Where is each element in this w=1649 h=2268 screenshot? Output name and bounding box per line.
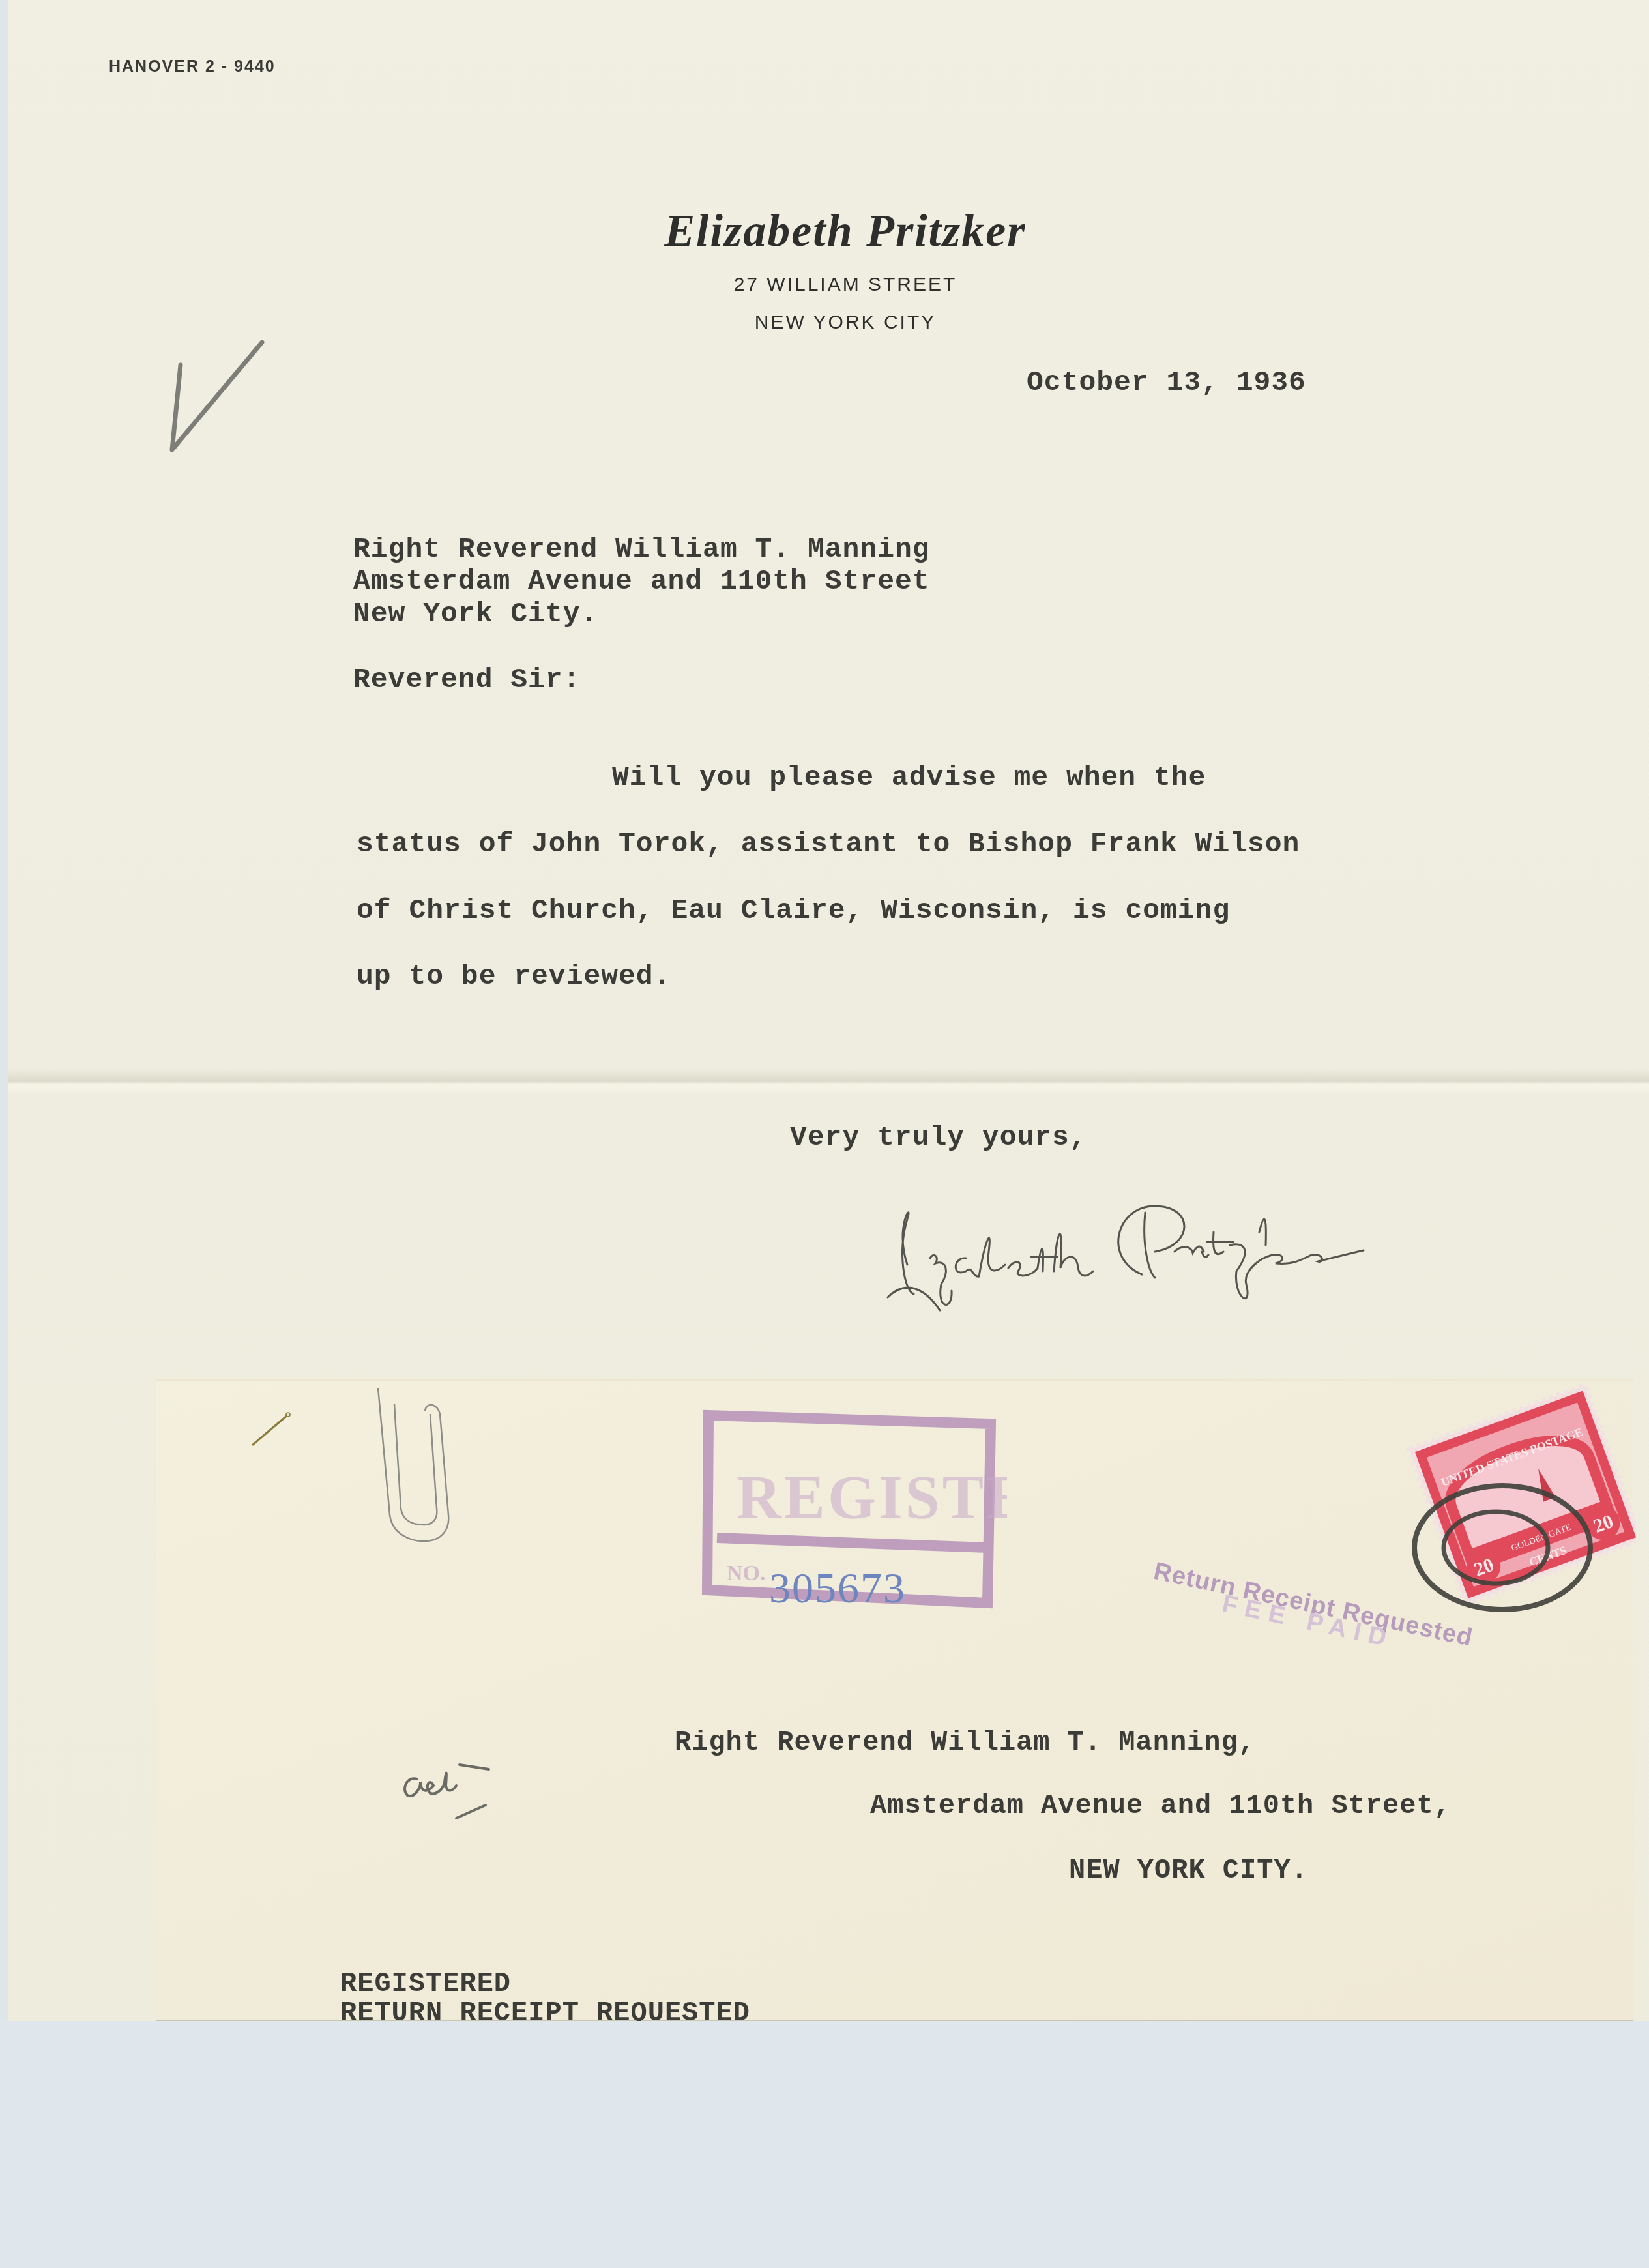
envelope-address-line-1: Right Reverend William T. Manning, bbox=[675, 1727, 1255, 1758]
envelope-address-line-3: NEW YORK CITY. bbox=[1069, 1855, 1308, 1886]
salutation: Reverend Sir: bbox=[353, 664, 580, 696]
recipient-line-2: Amsterdam Avenue and 110th Street bbox=[353, 565, 930, 597]
pencil-note-act bbox=[398, 1753, 502, 1841]
envelope-address-line-2: Amsterdam Avenue and 110th Street, bbox=[870, 1790, 1451, 1821]
recipient-line-1: Right Reverend William T. Manning bbox=[353, 533, 930, 565]
closing: Very truly yours, bbox=[790, 1121, 1087, 1153]
postage-stamp-20-cents: UNITED STATES POSTAGE GOLDEN GATE 20 20 … bbox=[1388, 1381, 1636, 1619]
body-line-1: Will you please advise me when the bbox=[612, 761, 1206, 793]
letterhead-phone: HANOVER 2 - 9440 bbox=[109, 57, 276, 76]
body-line-3: of Christ Church, Eau Claire, Wisconsin,… bbox=[357, 894, 1230, 926]
registered-label: REGISTERED bbox=[737, 1463, 1007, 1532]
body-line-4: up to be reviewed. bbox=[357, 960, 671, 992]
straight-pin-icon bbox=[248, 1411, 293, 1453]
letterhead-city: NEW YORK CITY bbox=[8, 312, 1649, 334]
paper-fold-crease bbox=[8, 1069, 1649, 1095]
letterhead-street: 27 WILLIAM STREET bbox=[8, 274, 1649, 296]
scanner-background bbox=[0, 2021, 1649, 2268]
svg-text:NO.: NO. bbox=[727, 1561, 766, 1585]
letterhead-name: Elizabeth Pritzker bbox=[8, 205, 1649, 258]
recipient-line-3: New York City. bbox=[353, 598, 598, 630]
service-note-registered: REGISTERED bbox=[340, 1968, 511, 1999]
pencil-checkmark-icon bbox=[164, 339, 269, 460]
registration-number: 305673 bbox=[769, 1564, 906, 1613]
envelope: REGISTERED NO. 305673 Return Receipt Req… bbox=[156, 1379, 1633, 2020]
letter-date: October 13, 1936 bbox=[1027, 366, 1306, 398]
handwritten-signature bbox=[868, 1180, 1520, 1327]
body-line-2: status of John Torok, assistant to Bisho… bbox=[357, 828, 1300, 860]
pencil-paperclip-drawing-icon bbox=[372, 1385, 463, 1551]
